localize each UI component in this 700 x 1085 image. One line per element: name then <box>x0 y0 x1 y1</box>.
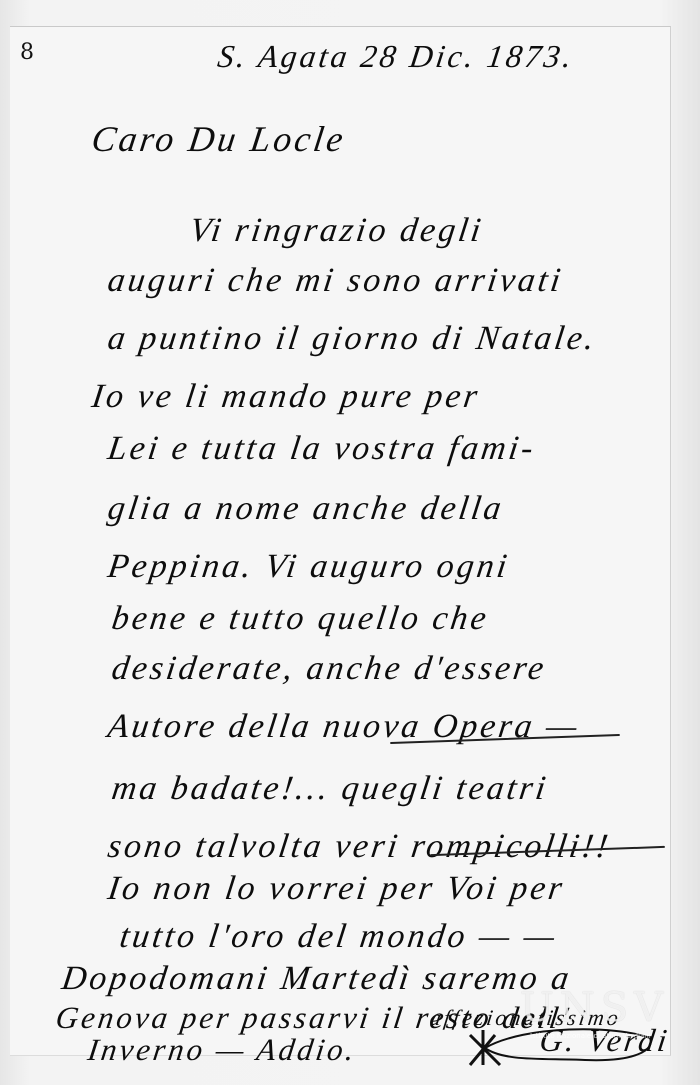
body-line-14: tutto l'oro del mondo — — <box>117 918 559 956</box>
body-line-15: Dopodomani Martedì saremo a <box>59 960 574 998</box>
body-line-1: Vi ringrazio degli <box>187 212 486 250</box>
body-line-5: Lei e tutta la vostra fami- <box>105 430 538 468</box>
body-line-4: Io ve li mando pure per <box>89 378 482 416</box>
body-line-3: a puntino il giorno di Natale. <box>105 320 599 358</box>
body-line-13: Io non lo vorrei per Voi per <box>105 870 567 908</box>
page-number: 8 <box>20 40 34 65</box>
body-line-17: Inverno — Addio. <box>85 1032 359 1068</box>
body-line-7: Peppina. Vi auguro ogni <box>105 548 512 586</box>
body-line-2: auguri che mi sono arrivati <box>105 262 565 300</box>
salutation: Caro Du Locle <box>89 118 349 160</box>
watermark: UNSV <box>520 985 669 1031</box>
place-date: S. Agata 28 Dic. 1873. <box>215 38 576 75</box>
body-line-10: Autore della nuova Opera — <box>105 708 582 746</box>
body-line-11: ma badate!... quegli teatri <box>109 770 550 808</box>
watermark-subtext: Istituto Nazionale di Studi Verdiani <box>530 1032 651 1040</box>
body-line-8: bene e tutto quello che <box>109 600 491 638</box>
body-line-9: desiderate, anche d'essere <box>109 650 549 688</box>
body-line-12: sono talvolta veri rompicolli!! <box>105 828 613 866</box>
body-line-6: glia a nome anche della <box>105 490 506 528</box>
